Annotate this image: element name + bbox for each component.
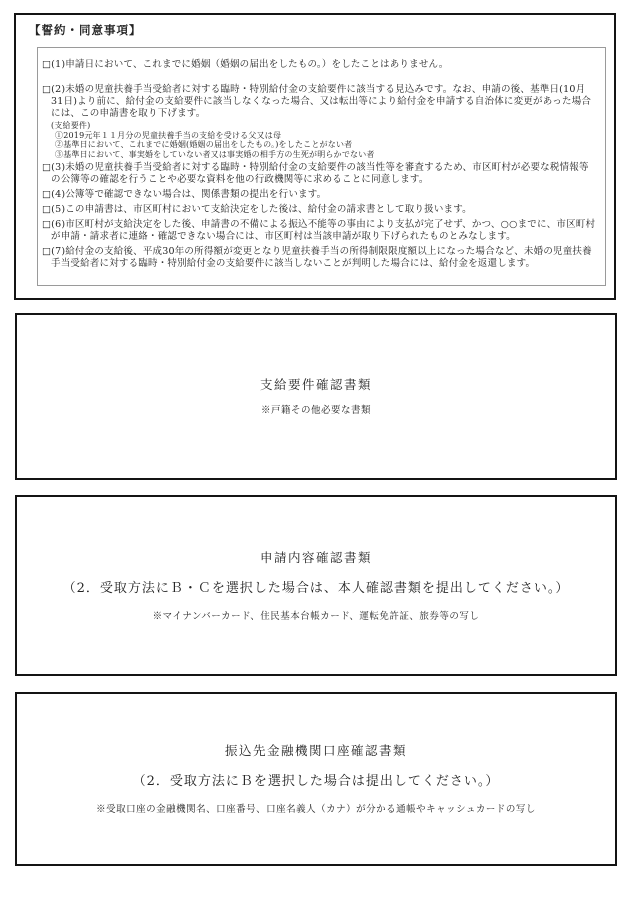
requirement-entry-1: ①2019元年１１月分の児童扶養手当の支給を受ける父又は母 [55, 131, 597, 141]
pledge-item-3-text: 未婚の児童扶養手当受給者に対する臨時・特別給付金の支給要件の該当性等を審査するた… [51, 162, 589, 185]
attachment-box-bank-account-documents: 振込先金融機関口座確認書類 （2．受取方法にＢを選択した場合は提出してください。… [15, 692, 617, 866]
checkbox-icon-1[interactable]: □(1) [42, 59, 65, 70]
attachment-box-3-title: 振込先金融機関口座確認書類 [225, 742, 407, 760]
checkbox-icon-5[interactable]: □(5) [42, 204, 65, 215]
pledge-item-2-requirements: (支給要件) ①2019元年１１月分の児童扶養手当の支給を受ける父又は母 ②基準… [51, 121, 597, 159]
pledge-item-1-text: 申請日において、これまでに婚姻（婚姻の届出をしたもの。）をしたことはありません。 [65, 59, 448, 70]
requirements-heading: (支給要件) [51, 121, 597, 131]
pledge-item-3: □(3)未婚の児童扶養手当受給者に対する臨時・特別給付金の支給要件の該当性等を審… [42, 162, 597, 186]
attachment-box-1-title: 支給要件確認書類 [260, 376, 372, 394]
pledge-item-4-text: 公簿等で確認できない場合は、関係書類の提出を行います。 [65, 189, 326, 200]
attachment-box-eligibility-documents: 支給要件確認書類 ※戸籍その他必要な書類 [15, 313, 617, 480]
attachment-box-identity-documents: 申請内容確認書類 （2．受取方法にＢ・Ｃを選択した場合は、本人確認書類を提出して… [15, 495, 617, 676]
pledge-section-title: 【誓約・同意事項】 [29, 22, 142, 38]
attachment-box-3-note: ※受取口座の金融機関名、口座番号、口座名義人（カナ）が分かる通帳やキャッシュカー… [96, 803, 536, 816]
attachment-box-1-note: ※戸籍その他必要な書類 [261, 404, 371, 417]
checkbox-icon-4[interactable]: □(4) [42, 189, 65, 200]
checkbox-icon-7[interactable]: □(7) [42, 246, 65, 257]
pledge-section: 【誓約・同意事項】 □(1)申請日において、これまでに婚姻（婚姻の届出をしたもの… [14, 13, 616, 300]
pledge-items-frame: □(1)申請日において、これまでに婚姻（婚姻の届出をしたもの。）をしたことはあり… [37, 47, 606, 286]
pledge-item-4: □(4)公簿等で確認できない場合は、関係書類の提出を行います。 [42, 189, 597, 201]
checkbox-icon-6[interactable]: □(6) [42, 219, 65, 230]
pledge-item-2: □(2)未婚の児童扶養手当受給者に対する臨時・特別給付金の支給要件に該当する見込… [42, 84, 597, 159]
attachment-box-2-subtitle: （2．受取方法にＢ・Ｃを選択した場合は、本人確認書類を提出してください。） [63, 579, 570, 598]
pledge-item-7: □(7)給付金の支給後、平成30年の所得額が変更となり児童扶養手当の所得制限限度… [42, 246, 597, 270]
pledge-item-5-text: この申請書は、市区町村において支給決定をした後は、給付金の請求書として取り扱いま… [65, 204, 472, 215]
attachment-box-2-title: 申請内容確認書類 [260, 549, 372, 567]
requirement-entry-2: ②基準日において、これまでに婚姻(婚姻の届出をしたもの。)をしたことがない者 [55, 140, 597, 150]
attachment-box-3-subtitle: （2．受取方法にＢを選択した場合は提出してください。） [133, 772, 500, 791]
checkbox-icon-3[interactable]: □(3) [42, 162, 65, 173]
document-page: 【誓約・同意事項】 □(1)申請日において、これまでに婚姻（婚姻の届出をしたもの… [0, 0, 630, 903]
pledge-item-6-text: 市区町村が支給決定をした後、申請書の不備による振込不能等の事由により支払が完了せ… [51, 219, 595, 242]
requirement-entry-3: ③基準日において、事実婚をしていない者又は事実婚の相手方の生死が明らかでない者 [55, 150, 597, 160]
checkbox-icon-2[interactable]: □(2) [42, 84, 65, 95]
pledge-item-2-text: 未婚の児童扶養手当受給者に対する臨時・特別給付金の支給要件に該当する見込みです。… [51, 84, 591, 119]
pledge-item-7-text: 給付金の支給後、平成30年の所得額が変更となり児童扶養手当の所得制限限度額以上に… [51, 246, 592, 269]
pledge-item-5: □(5)この申請書は、市区町村において支給決定をした後は、給付金の請求書として取… [42, 204, 597, 216]
pledge-item-6: □(6)市区町村が支給決定をした後、申請書の不備による振込不能等の事由により支払… [42, 219, 597, 243]
pledge-item-1: □(1)申請日において、これまでに婚姻（婚姻の届出をしたもの。）をしたことはあり… [42, 59, 597, 71]
attachment-box-2-note: ※マイナンバーカード、住民基本台帳カード、運転免許証、旅券等の写し [153, 610, 480, 623]
